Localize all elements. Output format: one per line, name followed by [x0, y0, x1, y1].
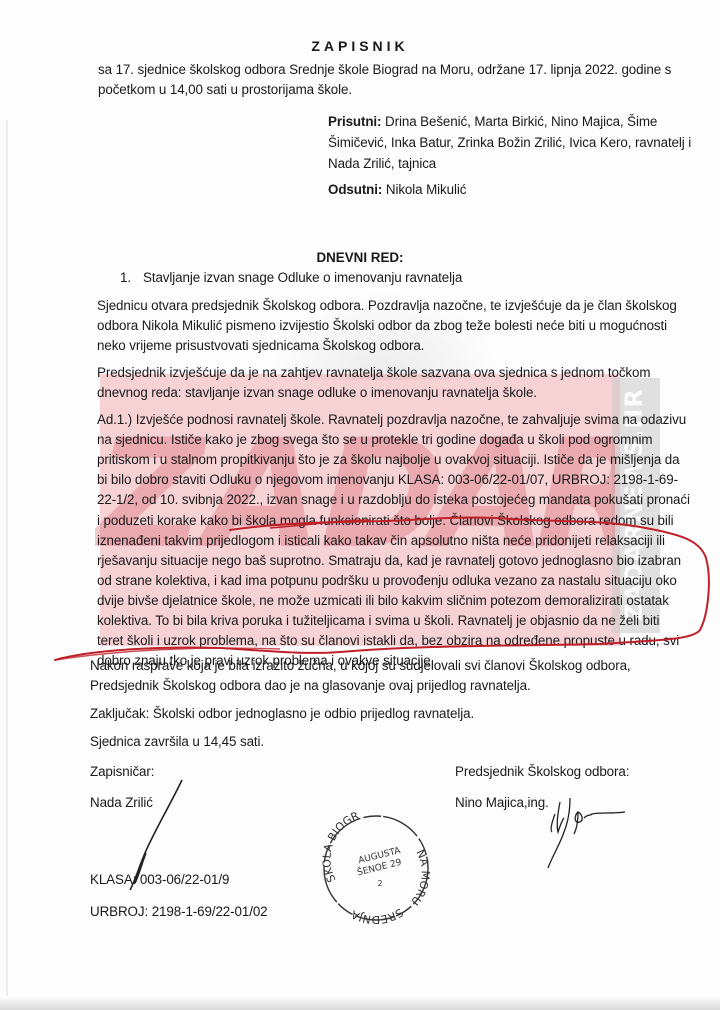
president-name: Nino Majica,ing. [455, 793, 549, 813]
opening-line-1: Sjednicu otvara predsjednik Školskog odb… [97, 296, 677, 316]
present-label: Prisutni: [328, 114, 381, 129]
discussion-line-1: Nakon rasprave koja je bila izrazito žuč… [90, 656, 631, 676]
ad1-line: Ad.1.) Izvješće podnosi ravnatelj škole.… [97, 410, 686, 430]
president-signature [540, 792, 630, 872]
svg-text:NA MORU: NA MORU [408, 848, 432, 908]
school-stamp: ŠKOLA BIOGR NA MORU SREDNJA AUGUSTA ŠENO… [318, 808, 434, 924]
ad1-line: od strane kolektiva, i kad ima potpunu p… [97, 571, 677, 591]
klasa-number: KLASA: 003-06/22-01/9 [90, 870, 229, 890]
opening-line-2: odbora Nikola Mikulić pismeno izvijestio… [97, 316, 667, 336]
recorder-label: Zapisničar: [90, 762, 154, 782]
agenda-item-number: 1. [120, 268, 131, 288]
agenda-item-text: Stavljanje izvan snage Odluke o imenovan… [143, 268, 462, 288]
absent-label: Odsutni: [328, 182, 382, 197]
svg-text:2: 2 [377, 879, 382, 888]
document-title: ZAPISNIK [0, 38, 720, 54]
page-bottom-shadow [0, 996, 720, 1010]
absent-names: Nikola Mikulić [382, 182, 466, 197]
request-line-2: dnevnog reda: stavljanje izvan snage odl… [97, 383, 537, 403]
present-line-3: Nada Zrilić, tajnica [328, 154, 436, 174]
absent-line: Odsutni: Nikola Mikulić [328, 180, 466, 200]
intro-line-2: početkom u 14,00 sati u prostorijama ško… [98, 80, 352, 100]
ad1-line: kolektiva. To bi bila kriva poruka i tuž… [97, 611, 659, 631]
ad1-line: i poduzeti korake kako bi škola mogla fu… [97, 511, 674, 531]
document-page: Z A D A R ZADARNEWS.HR ZAPISNIK sa 17. s… [0, 0, 720, 1010]
conclusion: Zaključak: Školski odbor jednoglasno je … [90, 704, 474, 724]
opening-line-3: neko vrijeme prisustvovati sjednicama Šk… [97, 336, 424, 356]
ad1-line: rješavanju situacije nego baš suprotno. … [97, 551, 681, 571]
ad1-line: dvije bivše djelatnice škole, ne može uz… [97, 591, 669, 611]
ad1-line: pritiskom i u stalnom propitkivanju što … [97, 450, 679, 470]
closing-time: Sjednica završila u 14,45 sati. [90, 732, 264, 752]
ad1-line: teret školi i uzrok problema, na što su … [97, 631, 679, 651]
discussion-line-2: Predsjednik Školskog odbora dao je na gl… [90, 676, 531, 696]
svg-text:ŠKOLA BIOGR: ŠKOLA BIOGR [320, 809, 361, 884]
ad1-line: iznenađeni takvim prijedlogom i isticali… [97, 531, 665, 551]
present-line-2: Šimičević, Inka Batur, Zrinka Božin Zril… [328, 133, 691, 153]
president-label: Predsjednik Školskog odbora: [455, 762, 629, 782]
recorder-name: Nada Zrilić [90, 793, 153, 813]
ad1-line: na sjednicu. Ističe kako je zbog svega š… [97, 430, 652, 450]
request-line-1: Predsjednik izvješćuje da je na zahtjev … [97, 363, 650, 383]
intro-line-1: sa 17. sjednice školskog odbora Srednje … [98, 60, 671, 80]
present-names-1: Drina Bešenić, Marta Birkić, Nino Majica… [381, 114, 657, 129]
ad1-line: bi bilo dobro staviti Odluku o njegovom … [97, 470, 678, 490]
agenda-heading: DNEVNI RED: [0, 250, 720, 265]
svg-text:SREDNJA: SREDNJA [349, 906, 406, 924]
present-line-1: Prisutni: Drina Bešenić, Marta Birkić, N… [328, 112, 657, 132]
ad1-line: 22-1/2, od 10. svibnja 2022., izvan snag… [97, 490, 690, 510]
urbroj-number: URBROJ: 2198-1-69/22-01/02 [90, 902, 268, 922]
